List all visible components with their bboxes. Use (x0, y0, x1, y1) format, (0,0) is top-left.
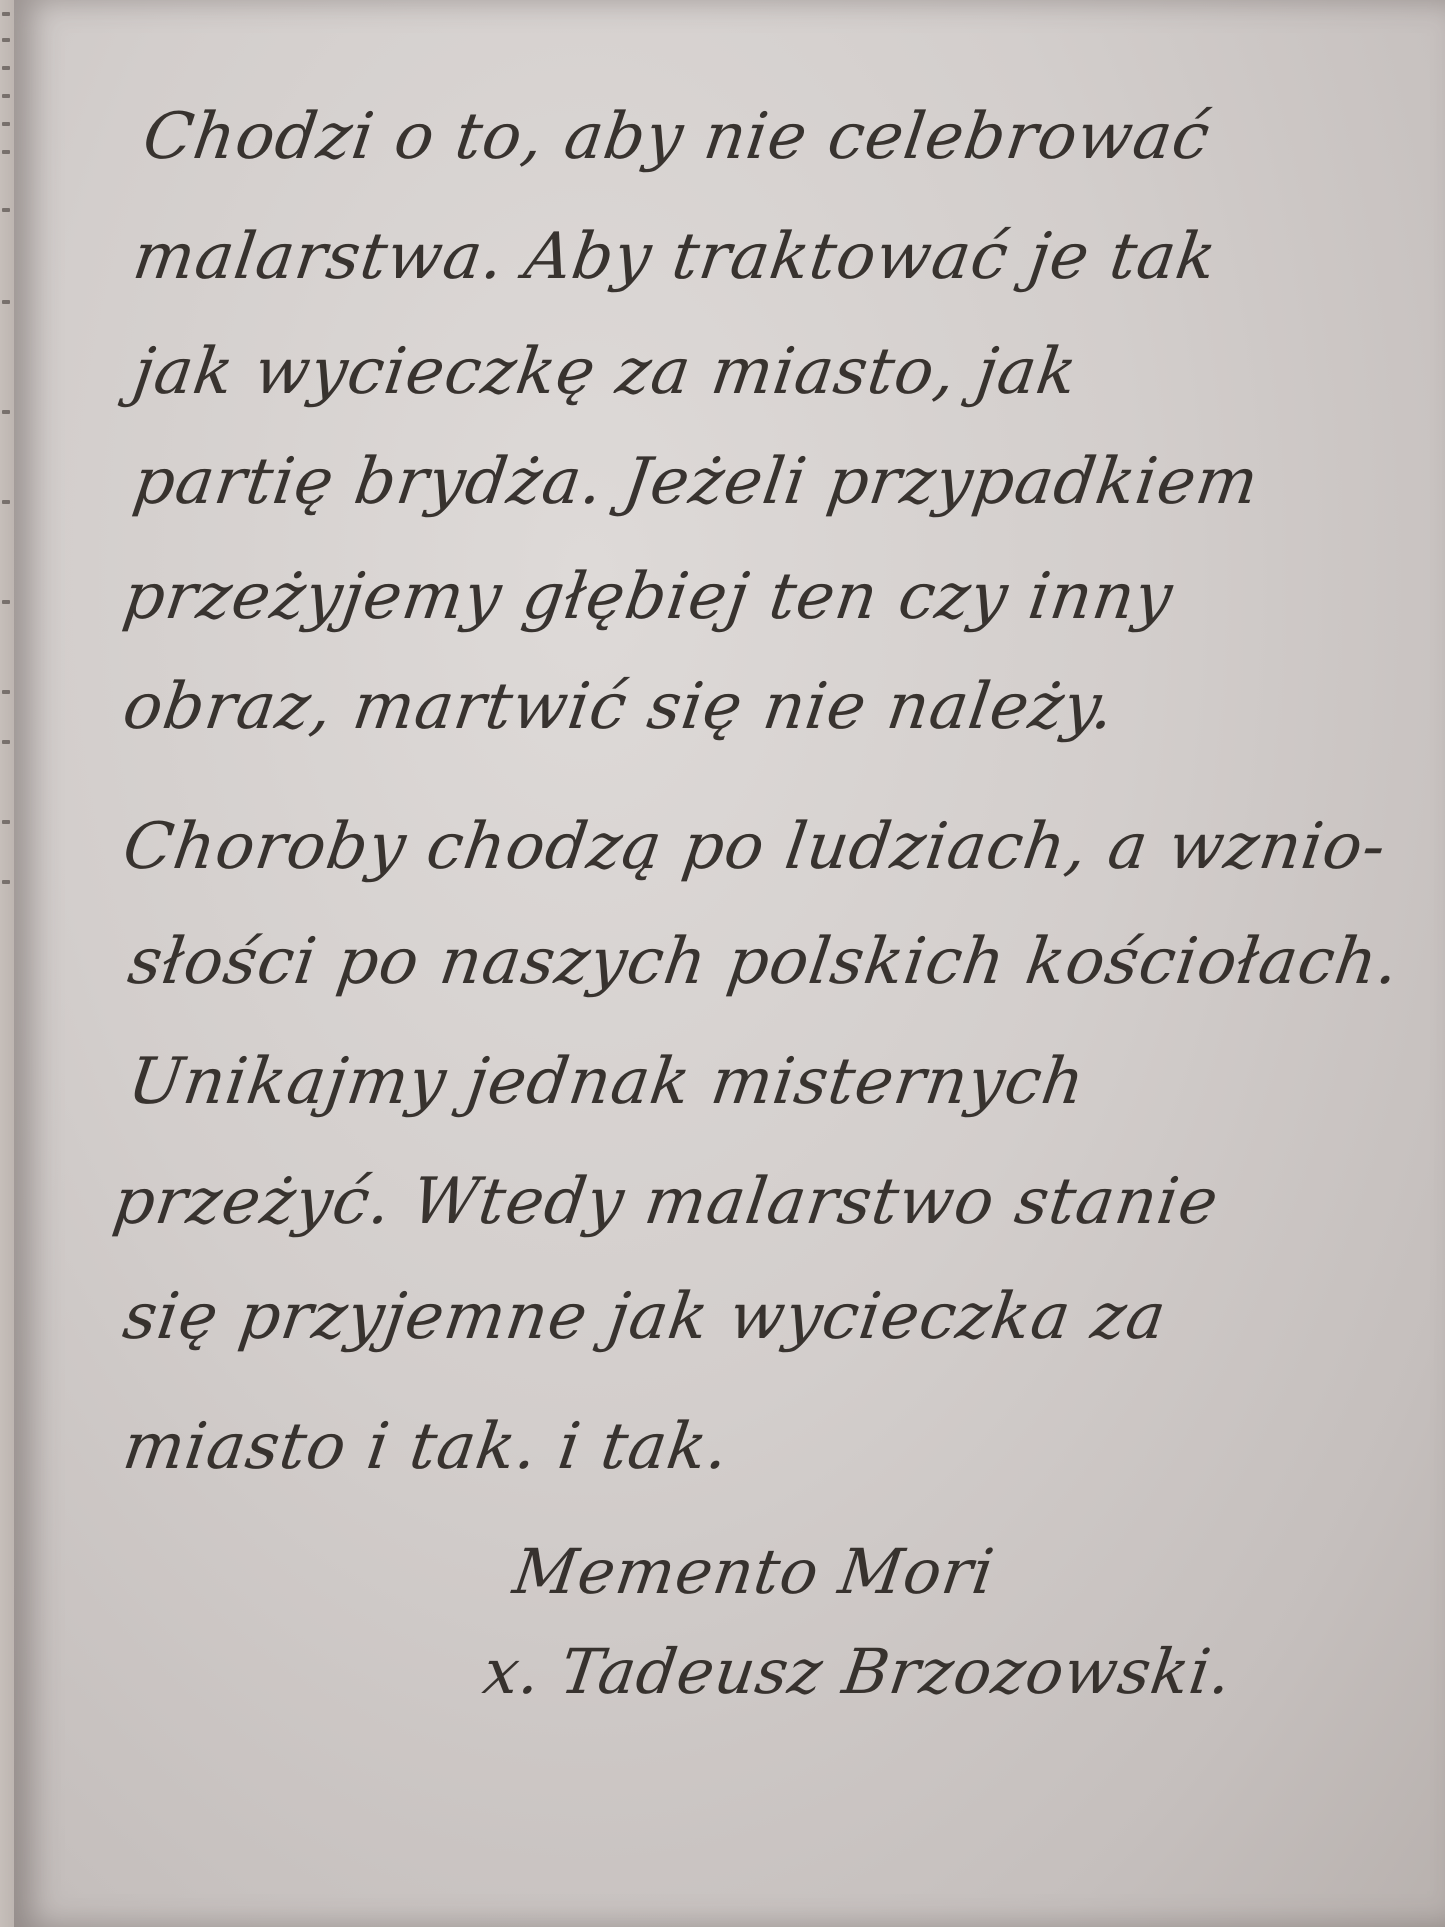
text-line: się przyjemne jak wycieczka za (119, 1280, 1171, 1354)
text-line: miasto i tak. i tak. (119, 1410, 734, 1484)
text-line: partię brydża. Jeżeli przypadkiem (129, 445, 1264, 519)
text-line: malarstwa. Aby traktować je tak (129, 220, 1222, 294)
book-page: Chodzi o to, aby nie celebrować malarstw… (14, 0, 1445, 1927)
text-line: jak wycieczkę za miasto, jak (129, 335, 1082, 409)
previous-page-edge (0, 0, 14, 1927)
text-line: Chodzi o to, aby nie celebrować (139, 100, 1215, 174)
text-line: Unikajmy jednak misternych (124, 1045, 1090, 1119)
text-line: przeżyjemy głębiej ten czy inny (119, 560, 1178, 634)
text-line: przeżyć. Wtedy malarstwo stanie (109, 1165, 1223, 1239)
signature-closing: Memento Mori (509, 1535, 999, 1608)
text-line: Choroby chodzą po ludziach, a wznio- (119, 810, 1391, 884)
text-line: słości po naszych polskich kościołach. (124, 925, 1404, 999)
text-line: obraz, martwić się nie należy. (119, 670, 1120, 744)
signature-name: x. Tadeusz Brzozowski. (479, 1635, 1237, 1708)
